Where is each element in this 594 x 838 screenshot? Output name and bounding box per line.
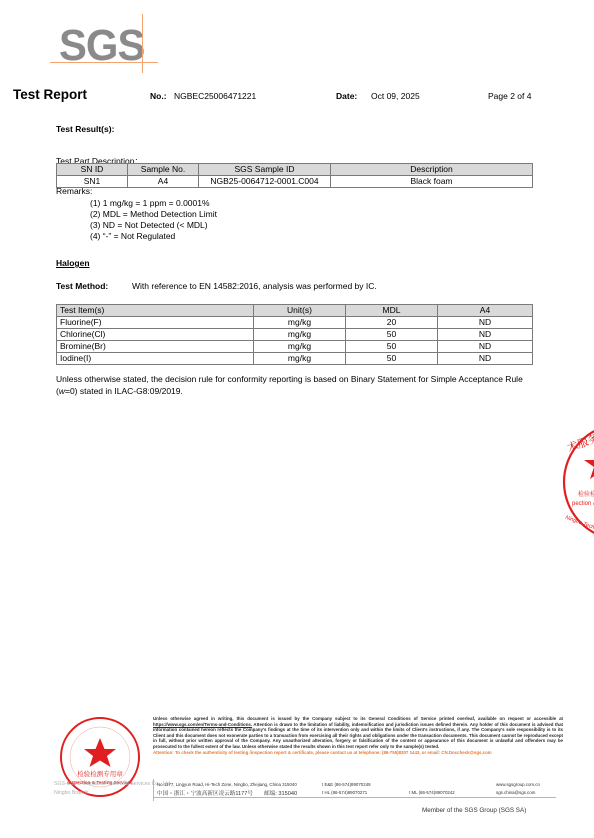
- star-icon: [84, 738, 116, 767]
- halogen-heading: Halogen: [56, 258, 90, 268]
- remarks-label: Remarks:: [56, 186, 92, 196]
- remark-item: (4) “-” = Not Regulated: [90, 231, 217, 242]
- column-header: Sample No.: [128, 164, 199, 176]
- cell-description: Black foam: [331, 176, 533, 188]
- test-part-table: SN ID Sample No. SGS Sample ID Descripti…: [56, 163, 533, 188]
- cell-sgs-sample-id: NGB25-0064712-0001.C004: [199, 176, 331, 188]
- email-link[interactable]: sgs.china@sgs.com: [496, 790, 535, 795]
- test-method-label: Test Method:: [56, 281, 108, 291]
- logo-text: SGS: [59, 20, 144, 72]
- svg-text:Ningbo Technica: Ningbo Technica: [564, 515, 594, 535]
- remarks-list: (1) 1 mg/kg = 1 ppm = 0.0001% (2) MDL = …: [90, 198, 217, 242]
- official-seal-right: 术服务有 检验检测 pection & T Ningbo Technica: [560, 420, 594, 544]
- page-indicator: Page 2 of 4: [488, 91, 531, 101]
- report-title: Test Report: [13, 87, 87, 102]
- website-link[interactable]: www.sgsgroup.com.cn: [496, 782, 540, 787]
- svg-text:检验检测专用章: 检验检测专用章: [77, 769, 123, 778]
- cell-unit: mg/kg: [254, 341, 346, 353]
- remark-item: (3) ND = Not Detected (< MDL): [90, 220, 217, 231]
- cell-result-a4: ND: [438, 341, 533, 353]
- cell-unit: mg/kg: [254, 353, 346, 365]
- report-number: NGBEC25006471221: [174, 91, 256, 101]
- footer-legal-text: Unless otherwise agreed in writing, this…: [153, 716, 563, 755]
- cell-mdl: 50: [346, 341, 438, 353]
- cell-test-item: Iodine(I): [57, 353, 254, 365]
- logo-vertical-rule: [142, 14, 143, 73]
- phone-hl: t HL (86-574)89070271: [322, 790, 367, 795]
- cell-mdl: 50: [346, 329, 438, 341]
- column-header: Description: [331, 164, 533, 176]
- address-chinese: 中国・浙江・宁波高新区凌云路1177号 邮编: 315040: [157, 789, 297, 797]
- report-number-label: No.:: [150, 91, 167, 101]
- report-header: Test Report No.: NGBEC25006471221 Date: …: [0, 90, 594, 106]
- star-icon: [584, 448, 594, 479]
- halogen-results-table: Test Item(s) Unit(s) MDL A4 Fluorine(F)m…: [56, 304, 533, 365]
- column-header: SN ID: [57, 164, 128, 176]
- table-row: Iodine(I)mg/kg50ND: [57, 353, 533, 365]
- column-header: SGS Sample ID: [199, 164, 331, 176]
- decision-text-end: =0) stated in ILAC-G8:09/2019.: [65, 386, 183, 396]
- table-row: SN1 A4 NGB25-0064712-0001.C004 Black foa…: [57, 176, 533, 188]
- terms-link[interactable]: https://www.sgs.com/en/Terms-and-Conditi…: [153, 722, 252, 727]
- footer-horizontal-rule: [153, 797, 556, 798]
- test-results-heading: Test Result(s):: [56, 124, 114, 134]
- member-statement: Member of the SGS Group (SGS SA): [422, 807, 526, 814]
- cell-result-a4: ND: [438, 317, 533, 329]
- cell-test-item: Fluorine(F): [57, 317, 254, 329]
- table-row: Chlorine(Cl)mg/kg50ND: [57, 329, 533, 341]
- svg-text:检验检测: 检验检测: [578, 490, 594, 498]
- phone-ee: t E&E (86-574)89070249: [322, 782, 371, 787]
- cell-sample-no: A4: [128, 176, 199, 188]
- address-english: No.1177, Lingyun Road, Hi-Tech Zone, Nin…: [157, 782, 297, 787]
- sgs-logo: SGS: [50, 14, 146, 74]
- column-header: A4: [438, 305, 533, 317]
- column-header: Test Item(s): [57, 305, 254, 317]
- cell-test-item: Bromine(Br): [57, 341, 254, 353]
- remark-item: (1) 1 mg/kg = 1 ppm = 0.0001%: [90, 198, 217, 209]
- attention-notice: Attention: To check the authenticity of …: [153, 750, 492, 755]
- table-row: Bromine(Br)mg/kg50ND: [57, 341, 533, 353]
- phone-ml: t ML (86-574)89070242: [409, 790, 455, 795]
- cell-test-item: Chlorine(Cl): [57, 329, 254, 341]
- column-header: Unit(s): [254, 305, 346, 317]
- table-row: Fluorine(F)mg/kg20ND: [57, 317, 533, 329]
- svg-text:术服务有: 术服务有: [565, 427, 594, 455]
- remark-item: (2) MDL = Method Detection Limit: [90, 209, 217, 220]
- svg-text:pection & T: pection & T: [572, 501, 594, 507]
- cell-unit: mg/kg: [254, 329, 346, 341]
- decision-rule-statement: Unless otherwise stated, the decision ru…: [56, 373, 536, 397]
- cell-mdl: 20: [346, 317, 438, 329]
- legal-text: Unless otherwise agreed in writing, this…: [153, 716, 563, 721]
- table-header-row: SN ID Sample No. SGS Sample ID Descripti…: [57, 164, 533, 176]
- cell-unit: mg/kg: [254, 317, 346, 329]
- cell-result-a4: ND: [438, 329, 533, 341]
- cell-mdl: 50: [346, 353, 438, 365]
- cell-result-a4: ND: [438, 353, 533, 365]
- test-method-value: With reference to EN 14582:2016, analysi…: [132, 281, 377, 291]
- report-date-label: Date:: [336, 91, 357, 101]
- report-date: Oct 09, 2025: [371, 91, 420, 101]
- table-header-row: Test Item(s) Unit(s) MDL A4: [57, 305, 533, 317]
- column-header: MDL: [346, 305, 438, 317]
